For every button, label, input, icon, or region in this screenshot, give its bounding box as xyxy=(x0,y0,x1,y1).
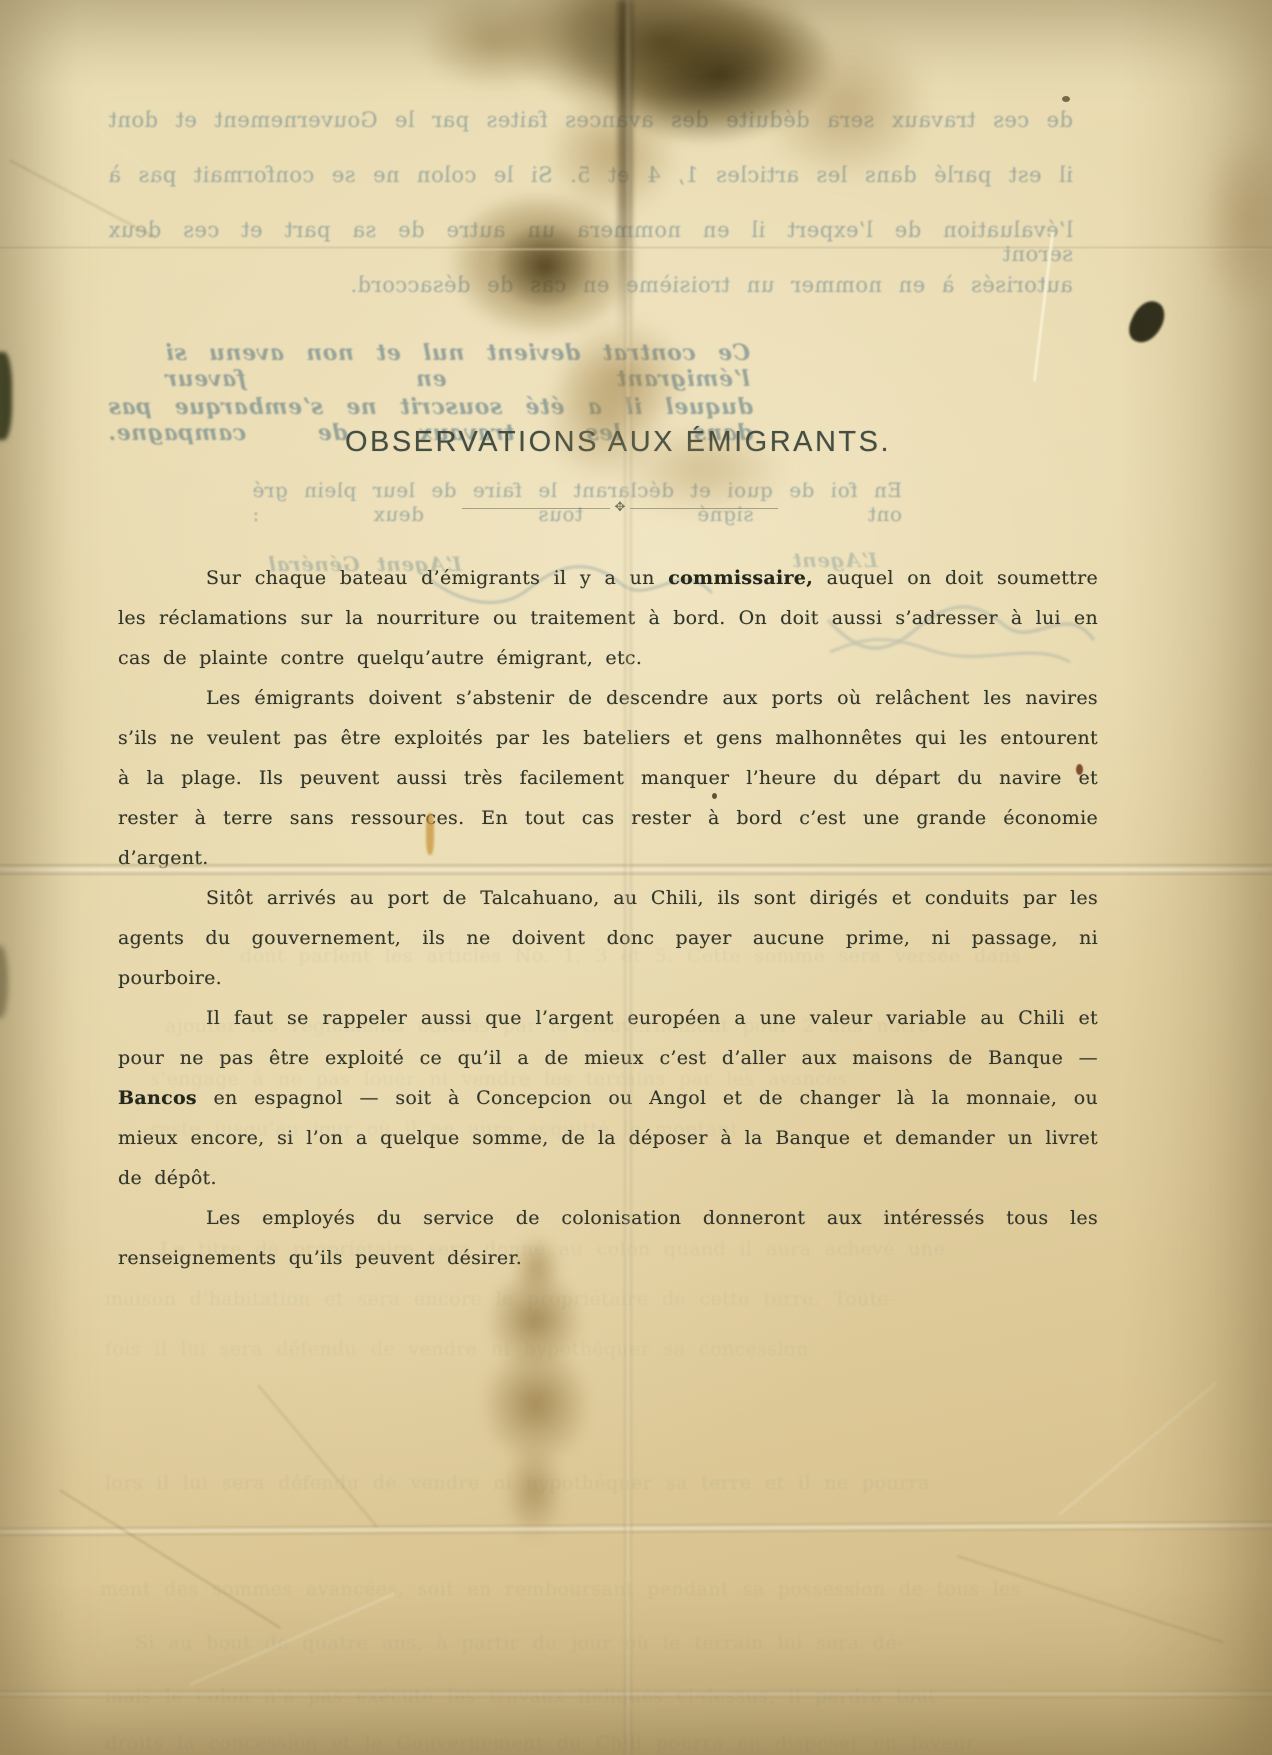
ghost-line: fois il lui sera défendu de vendre ni hy… xyxy=(105,1338,809,1360)
ornamental-divider: ✥ xyxy=(462,503,778,513)
stain-right-edge xyxy=(1198,128,1272,313)
ghost-line: lors il lui sera défendu de vendre ni hy… xyxy=(105,1472,930,1494)
speck xyxy=(1062,96,1070,102)
paragraph-talcahuano: Sitôt arrivés au port de Talcahuano, au … xyxy=(118,878,1098,998)
ink-blot xyxy=(1124,296,1169,348)
wrinkle-line xyxy=(257,1384,377,1527)
ghost-line: ment des sommes avancées, soit en rembou… xyxy=(100,1578,1021,1600)
bleedthrough-line: En foi de quoi et déclarant le faire de … xyxy=(252,478,902,526)
edge-smudge-left xyxy=(0,946,8,1018)
paragraph-text: Les émigrants doivent s’abstenir de desc… xyxy=(118,687,1098,869)
ghost-line: droits la concession et le Gouvernement … xyxy=(105,1732,975,1754)
wrinkle-line xyxy=(59,1489,281,1628)
divider-line xyxy=(462,508,610,509)
bleedthrough-line: de ces travaux sera déduite des avances … xyxy=(108,108,1073,132)
bleedthrough-line: il est parlé dans les articles 1, 4 et 5… xyxy=(108,163,1073,187)
ghost-line: s’engage à ne pas louer ni vendre les te… xyxy=(150,1068,848,1090)
ghost-line: mais le colon n’a pas exécuté les travau… xyxy=(105,1685,936,1707)
bleedthrough-line: l’évaluation de l’expert il en nommera u… xyxy=(108,218,1073,266)
paragraph-ports: Les émigrants doivent s’abstenir de desc… xyxy=(118,678,1098,878)
ghost-line: ajouter les règlements édictés par le Go… xyxy=(165,1015,930,1037)
paragraph-text: Sur chaque bateau d’émigrants il y a un xyxy=(206,567,668,589)
fleuron-ornament-icon: ✥ xyxy=(610,503,631,513)
divider-line xyxy=(630,508,778,509)
ghost-line: maison d’habitation et sera encore le pr… xyxy=(105,1288,896,1310)
ghost-line: dont parlent les articles No. 1, 3 et 5.… xyxy=(240,945,1021,967)
ghost-line: Si au bout de quatre ans, à partir du jo… xyxy=(135,1632,904,1654)
paragraph-commissaire: Sur chaque bateau d’émigrants il y a un … xyxy=(118,558,1098,678)
main-text: Sur chaque bateau d’émigrants il y a un … xyxy=(118,558,1098,1278)
ghost-line: reste jusqu’au jour où il en aura acquit… xyxy=(150,1118,738,1140)
bleedthrough-line: autorisés à en nommer un troisième en ca… xyxy=(350,273,1073,297)
paragraph-text: Sitôt arrivés au port de Talcahuano, au … xyxy=(118,887,1098,989)
fold-crease-horizontal-lower xyxy=(0,1521,1272,1537)
wrinkle-line xyxy=(1058,1382,1216,1515)
document-page: de ces travaux sera déduite des avances … xyxy=(0,0,1272,1755)
stain-top-center-core xyxy=(591,0,848,161)
bold-word: commissaire, xyxy=(668,567,813,589)
stain-bottom-main xyxy=(480,1342,592,1466)
stain-top-right-smear xyxy=(758,28,933,183)
stain-top-left xyxy=(418,0,573,90)
ghost-line: Le titre de propriétaire sera donné au c… xyxy=(160,1238,945,1260)
bleedthrough-bold-line: Ce contrat devient nul et non avenu si l… xyxy=(165,340,750,392)
page-title: OBSERVATIONS AUX ÉMIGRANTS. xyxy=(0,426,1254,459)
bold-word: Bancos xyxy=(118,1087,197,1109)
